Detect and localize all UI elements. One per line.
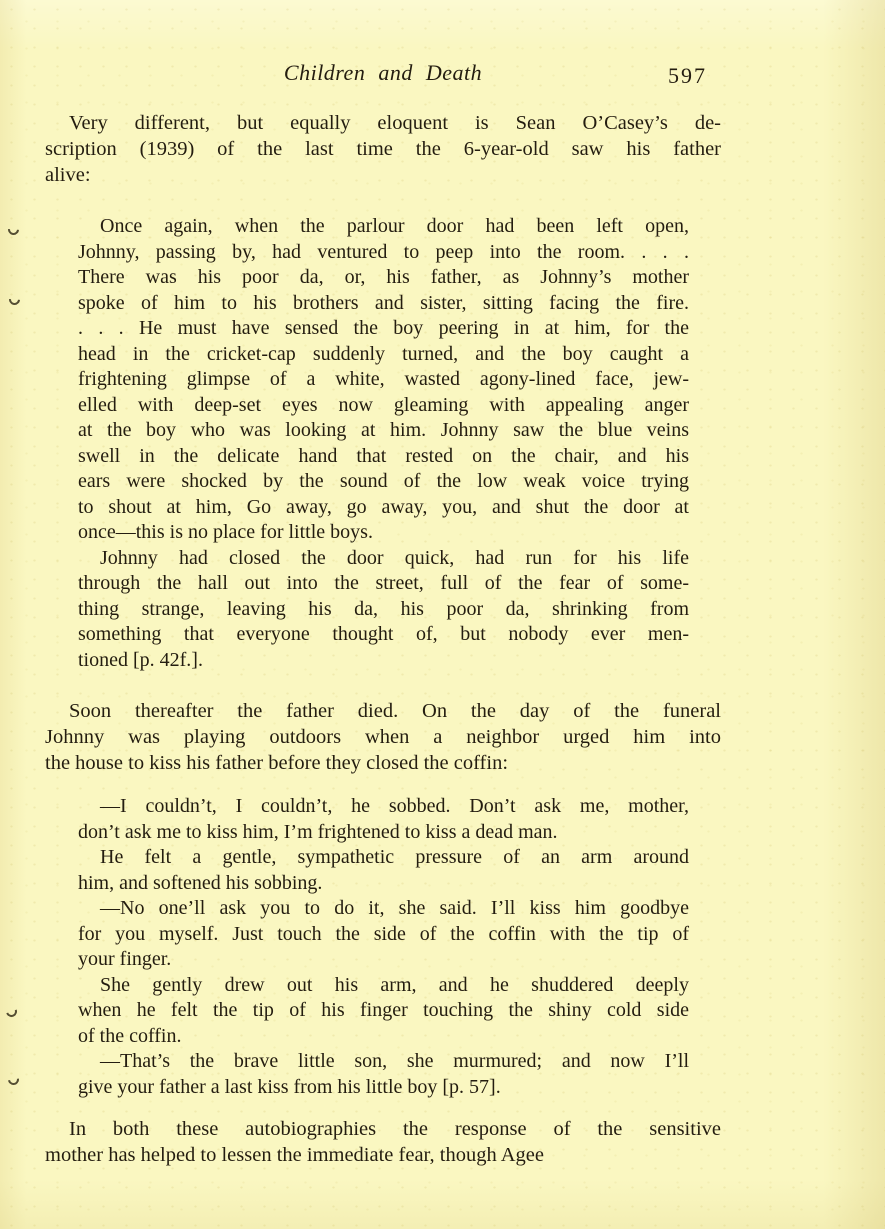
text-line: of the coffin. bbox=[78, 1024, 689, 1050]
text-line: He felt a gentle, sympathetic pressure o… bbox=[78, 845, 689, 871]
text-line: spoke of him to his brothers and sister,… bbox=[78, 291, 689, 317]
paragraph-intro: Very different, but equally eloquent is … bbox=[45, 110, 721, 188]
page-body: Very different, but equally eloquent is … bbox=[45, 110, 721, 1168]
text-line: Johnny was playing outdoors when a neigh… bbox=[45, 724, 721, 750]
scan-speck bbox=[6, 1072, 21, 1087]
text-line: Johnny, passing by, had ventured to peep… bbox=[78, 240, 689, 266]
text-line: head in the cricket-cap suddenly turned,… bbox=[78, 342, 689, 368]
text-line: —No one’ll ask you to do it, she said. I… bbox=[78, 896, 689, 922]
text-line: him, and softened his sobbing. bbox=[78, 871, 689, 897]
scan-speck bbox=[4, 1004, 19, 1019]
text-line: to shout at him, Go away, go away, you, … bbox=[78, 495, 689, 521]
quote-ocasey-paragraph-2: Johnny had closed the door quick, had ru… bbox=[78, 546, 689, 674]
text-line: thing strange, leaving his da, his poor … bbox=[78, 597, 689, 623]
text-line: . . . He must have sensed the boy peerin… bbox=[78, 316, 689, 342]
text-line: Johnny had closed the door quick, had ru… bbox=[78, 546, 689, 572]
running-title: Children and Death bbox=[284, 60, 482, 86]
text-line: ears were shocked by the sound of the lo… bbox=[78, 469, 689, 495]
scan-speck bbox=[6, 222, 21, 237]
page-number: 597 bbox=[668, 63, 707, 89]
quote-coffin-paragraph-5: —That’s the brave little son, she murmur… bbox=[78, 1049, 689, 1100]
text-line: something that everyone thought of, but … bbox=[78, 622, 689, 648]
text-line: alive: bbox=[45, 162, 721, 188]
text-line: —That’s the brave little son, she murmur… bbox=[78, 1049, 689, 1075]
text-line: Once again, when the parlour door had be… bbox=[78, 214, 689, 240]
book-page: Children and Death 597 Very different, b… bbox=[0, 0, 885, 1229]
text-line: She gently drew out his arm, and he shud… bbox=[78, 973, 689, 999]
text-line: your finger. bbox=[78, 947, 689, 973]
quote-coffin-paragraph-4: She gently drew out his arm, and he shud… bbox=[78, 973, 689, 1050]
text-line: mother has helped to lessen the immediat… bbox=[45, 1142, 721, 1168]
scan-speck bbox=[7, 292, 22, 307]
text-line: There was his poor da, or, his father, a… bbox=[78, 265, 689, 291]
quote-coffin-paragraph-1: —I couldn’t, I couldn’t, he sobbed. Don’… bbox=[78, 794, 689, 845]
paragraph-closing: In both these autobiographies the respon… bbox=[45, 1116, 721, 1168]
text-line: Soon thereafter the father died. On the … bbox=[45, 698, 721, 724]
text-line: once—this is no place for little boys. bbox=[78, 520, 689, 546]
quote-coffin-paragraph-3: —No one’ll ask you to do it, she said. I… bbox=[78, 896, 689, 973]
quote-coffin-paragraph-2: He felt a gentle, sympathetic pressure o… bbox=[78, 845, 689, 896]
text-line: at the boy who was looking at him. Johnn… bbox=[78, 418, 689, 444]
text-line: when he felt the tip of his finger touch… bbox=[78, 998, 689, 1024]
text-line: the house to kiss his father before they… bbox=[45, 750, 721, 776]
text-line: don’t ask me to kiss him, I’m frightened… bbox=[78, 820, 689, 846]
text-line: —I couldn’t, I couldn’t, he sobbed. Don’… bbox=[78, 794, 689, 820]
text-line: frightening glimpse of a white, wasted a… bbox=[78, 367, 689, 393]
quote-ocasey-paragraph-1: Once again, when the parlour door had be… bbox=[78, 214, 689, 546]
text-line: swell in the delicate hand that rested o… bbox=[78, 444, 689, 470]
text-line: elled with deep-set eyes now gleaming wi… bbox=[78, 393, 689, 419]
text-line: scription (1939) of the last time the 6-… bbox=[45, 136, 721, 162]
text-line: In both these autobiographies the respon… bbox=[45, 1116, 721, 1142]
text-line: give your father a last kiss from his li… bbox=[78, 1075, 689, 1101]
text-line: for you myself. Just touch the side of t… bbox=[78, 922, 689, 948]
text-line: through the hall out into the street, fu… bbox=[78, 571, 689, 597]
paragraph-funeral: Soon thereafter the father died. On the … bbox=[45, 698, 721, 776]
page-header: Children and Death 597 bbox=[45, 60, 721, 92]
text-line: tioned [p. 42f.]. bbox=[78, 648, 689, 674]
text-line: Very different, but equally eloquent is … bbox=[45, 110, 721, 136]
